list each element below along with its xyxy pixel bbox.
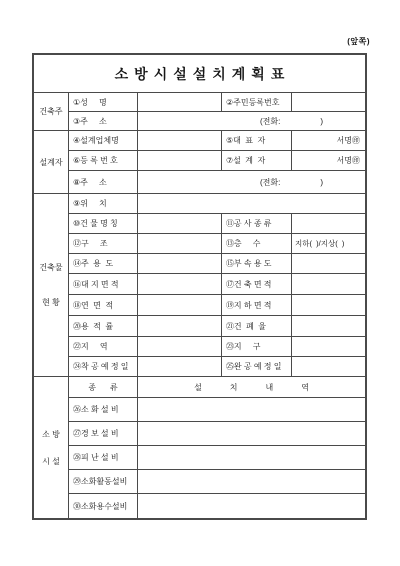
firefighting-activity-equipment-label: ㉙소화활동설비	[69, 470, 138, 493]
building-name-value	[138, 214, 222, 233]
basement-area-value	[292, 295, 365, 315]
evacuation-equipment-label: ㉘피 난 설 비	[69, 446, 138, 469]
fire-facility-header-row: 종류 설치내역	[69, 377, 365, 398]
floors-label: ⑬층 수	[222, 234, 292, 253]
structure-value	[138, 234, 222, 253]
accessory-use-label: ⑮부 속 용 도	[222, 254, 292, 273]
section-header-fire-facilities: 소 방 시 설	[34, 377, 69, 518]
main-use-value	[138, 254, 222, 273]
installation-detail-header: 설치내역	[138, 377, 365, 397]
phone-open-label: (전화:	[260, 116, 280, 127]
owner-address-row: ③주 소 (전화: )	[69, 112, 365, 131]
coverage-ratio-value	[292, 316, 365, 336]
main-use-label: ⑭주 용 도	[69, 254, 138, 273]
form-body: ①성 명 ②주민등록번호 ③주 소 (전화: ) ④설계업체명 ⑤대 표 자 서…	[69, 93, 365, 518]
extinguishing-equipment-row: ㉖소 화 설 비	[69, 398, 365, 422]
zone-value	[138, 337, 222, 356]
completion-date-value	[292, 357, 365, 376]
design-company-label: ④설계업체명	[69, 131, 138, 150]
designer-regno-row: ⑥등 록 번 호 ⑦설 계 자 서명㊞	[69, 151, 365, 171]
site-area-row: ⑯대 지 면 적 ⑰건 축 면 적	[69, 274, 365, 295]
floor-area-ratio-row: ⑳용 적 률 ㉑건 폐 율	[69, 316, 365, 337]
main-use-row: ⑭주 용 도 ⑮부 속 용 도	[69, 254, 365, 274]
construction-type-label: ⑪공 사 종 류	[222, 214, 292, 233]
owner-name-row: ①성 명 ②주민등록번호	[69, 93, 365, 112]
scanned-form-page: { "page": { "side_label": "(앞쪽)", "title…	[0, 0, 400, 566]
fire-water-supply-label: ㉚소화용수설비	[69, 494, 138, 518]
building-name-row: ⑩건 물 명 칭 ⑪공 사 종 류	[69, 214, 365, 234]
site-area-value	[138, 274, 222, 294]
fire-facility-plan-form: 소방시설설치계획표 건축주 설계자 건축물 현 황 소 방 시 설 ①성 명 ②…	[32, 53, 367, 520]
section-label-line1: 소 방	[42, 429, 60, 440]
phone-open-label: (전화:	[260, 177, 280, 188]
coverage-ratio-label: ㉑건 폐 율	[222, 316, 292, 336]
fire-water-supply-row: ㉚소화용수설비	[69, 494, 365, 518]
designer-company-row: ④설계업체명 ⑤대 표 자 서명㊞	[69, 131, 365, 151]
section-header-building-status: 건축물 현 황	[34, 194, 69, 377]
structure-label: ⑫구 조	[69, 234, 138, 253]
start-date-row: ㉔착 공 예 정 일 ㉕완 공 예 정 일	[69, 357, 365, 377]
building-location-row: ⑨위 치	[69, 194, 365, 214]
form-title: 소방시설설치계획표	[34, 55, 365, 93]
construction-type-value	[292, 214, 365, 233]
registration-no-label: ⑥등 록 번 호	[69, 151, 138, 170]
owner-address-phone-cell: (전화: )	[138, 112, 365, 130]
building-area-value	[292, 274, 365, 294]
section-label-line2: 시 설	[42, 456, 60, 467]
representative-label: ⑤대 표 자	[222, 131, 292, 150]
alarm-equipment-row: ㉗경 보 설 비	[69, 422, 365, 446]
total-floor-area-label: ⑱연 면 적	[69, 295, 138, 315]
alarm-equipment-label: ㉗경 보 설 비	[69, 422, 138, 445]
designer-sign-cell: 서명㊞	[292, 151, 365, 170]
floor-area-ratio-value	[138, 316, 222, 336]
structure-row: ⑫구 조 ⑬층 수 지하( )/지상( )	[69, 234, 365, 254]
section-label-line2: 현 황	[42, 297, 60, 308]
total-floor-area-value	[138, 295, 222, 315]
location-value	[138, 194, 365, 213]
phone-close-label: )	[320, 178, 323, 187]
alarm-equipment-detail	[138, 422, 365, 445]
floor-area-ratio-label: ⑳용 적 률	[69, 316, 138, 336]
page-side-label: (앞쪽)	[347, 36, 370, 47]
zone-label: ㉒지 역	[69, 337, 138, 356]
owner-name-value	[138, 93, 222, 111]
zone-row: ㉒지 역 ㉓지 구	[69, 337, 365, 357]
resident-no-label: ②주민등록번호	[222, 93, 292, 111]
completion-date-label: ㉕완 공 예 정 일	[222, 357, 292, 376]
floors-value: 지하( )/지상( )	[292, 234, 365, 253]
section-label-line1: 건축물	[39, 262, 62, 273]
basement-area-label: ⑲지 하 면 적	[222, 295, 292, 315]
start-date-value	[138, 357, 222, 376]
phone-close-label: )	[320, 117, 323, 126]
designer-address-row: ⑧주 소 (전화: )	[69, 171, 365, 194]
section-label: 설계자	[39, 157, 62, 168]
building-name-label: ⑩건 물 명 칭	[69, 214, 138, 233]
site-area-label: ⑯대 지 면 적	[69, 274, 138, 294]
extinguishing-equipment-detail	[138, 398, 365, 421]
accessory-use-value	[292, 254, 365, 273]
resident-no-value	[292, 93, 365, 111]
district-label: ㉓지 구	[222, 337, 292, 356]
owner-name-label: ①성 명	[69, 93, 138, 111]
representative-sign-cell: 서명㊞	[292, 131, 365, 150]
section-header-designer: 설계자	[34, 131, 69, 194]
total-floor-area-row: ⑱연 면 적 ⑲지 하 면 적	[69, 295, 365, 316]
section-header-building-owner: 건축주	[34, 93, 69, 131]
registration-no-value	[138, 151, 222, 170]
owner-address-label: ③주 소	[69, 112, 138, 130]
extinguishing-equipment-label: ㉖소 화 설 비	[69, 398, 138, 421]
firefighting-activity-equipment-row: ㉙소화활동설비	[69, 470, 365, 494]
evacuation-equipment-row: ㉘피 난 설 비	[69, 446, 365, 470]
district-value	[292, 337, 365, 356]
section-label: 건축주	[39, 106, 62, 117]
designer-address-label: ⑧주 소	[69, 171, 138, 193]
fire-water-supply-detail	[138, 494, 365, 518]
start-date-label: ㉔착 공 예 정 일	[69, 357, 138, 376]
designer-label: ⑦설 계 자	[222, 151, 292, 170]
evacuation-equipment-detail	[138, 446, 365, 469]
firefighting-activity-equipment-detail	[138, 470, 365, 493]
designer-address-phone-cell: (전화: )	[138, 171, 365, 193]
location-label: ⑨위 치	[69, 194, 138, 213]
building-area-label: ⑰건 축 면 적	[222, 274, 292, 294]
facility-type-header: 종류	[69, 377, 138, 397]
design-company-value	[138, 131, 222, 150]
